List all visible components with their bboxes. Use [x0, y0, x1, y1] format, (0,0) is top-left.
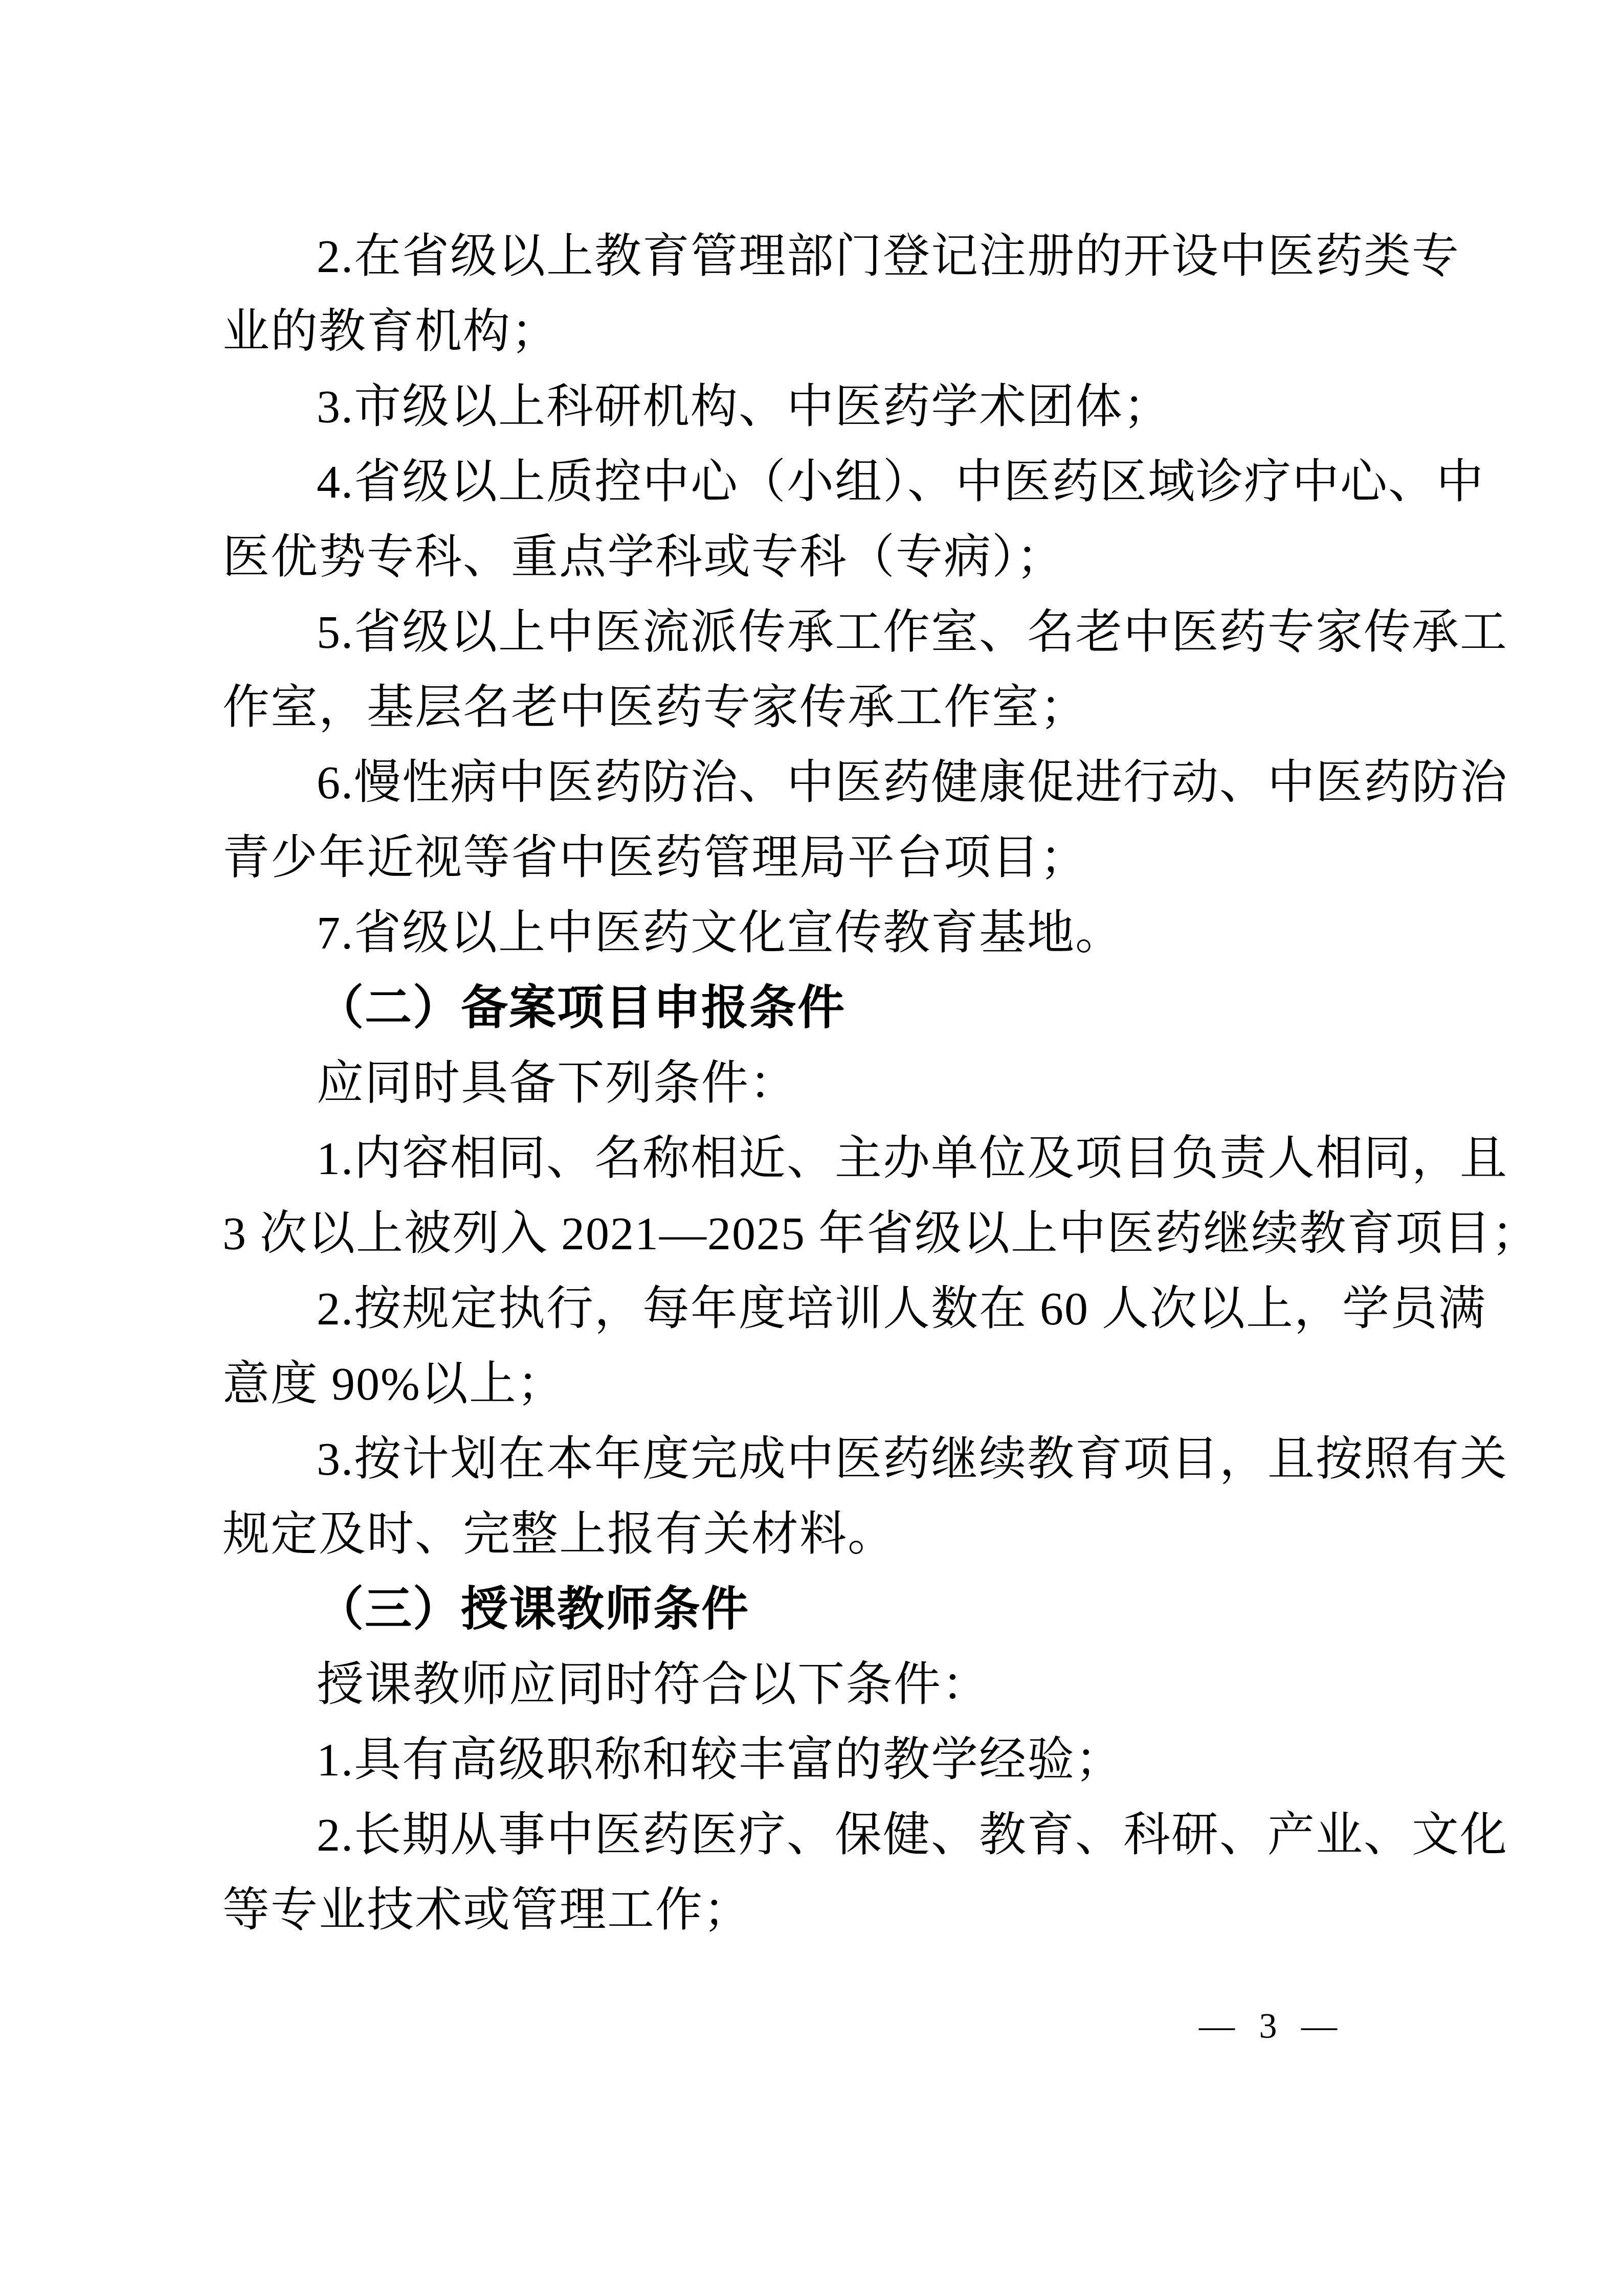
text-line: 7.省级以上中医药文化宣传教育基地。: [223, 895, 1427, 971]
text-line: 医优势专科、重点学科或专科（专病）；: [223, 520, 1427, 595]
text-line: 2.长期从事中医药医疗、保健、教育、科研、产业、文化: [223, 1797, 1427, 1873]
text-line: 作室，基层名老中医药专家传承工作室；: [223, 670, 1427, 745]
text-line: （三）授课教师条件: [223, 1572, 1427, 1647]
text-line: 授课教师应同时符合以下条件：: [223, 1647, 1427, 1722]
text-line: 1.具有高级职称和较丰富的教学经验；: [223, 1722, 1427, 1797]
text-line: 1.内容相同、名称相近、主办单位及项目负责人相同，且: [223, 1121, 1427, 1196]
text-line: 3 次以上被列入 2021—2025 年省级以上中医药继续教育项目；: [223, 1196, 1427, 1271]
text-line: 规定及时、完整上报有关材料。: [223, 1497, 1427, 1572]
text-line: 6.慢性病中医药防治、中医药健康促进行动、中医药防治: [223, 745, 1427, 820]
text-line: 2.在省级以上教育管理部门登记注册的开设中医药类专: [223, 219, 1427, 294]
document-page: 2.在省级以上教育管理部门登记注册的开设中医药类专业的教育机构；3.市级以上科研…: [0, 0, 1624, 2296]
text-line: （二）备案项目申报条件: [223, 971, 1427, 1046]
text-line: 3.按计划在本年度完成中医药继续教育项目，且按照有关: [223, 1422, 1427, 1497]
text-line: 青少年近视等省中医药管理局平台项目；: [223, 820, 1427, 895]
text-line: 5.省级以上中医流派传承工作室、名老中医药专家传承工: [223, 595, 1427, 670]
text-line: 2.按规定执行，每年度培训人数在 60 人次以上，学员满: [223, 1271, 1427, 1346]
document-body: 2.在省级以上教育管理部门登记注册的开设中医药类专业的教育机构；3.市级以上科研…: [223, 219, 1427, 1948]
page-number: — 3 —: [1199, 2007, 1340, 2046]
text-line: 意度 90%以上；: [223, 1346, 1427, 1422]
page-footer: — 3 —: [1199, 2004, 1340, 2050]
text-line: 3.市级以上科研机构、中医药学术团体；: [223, 369, 1427, 444]
text-line: 等专业技术或管理工作；: [223, 1873, 1427, 1948]
text-line: 应同时具备下列条件：: [223, 1046, 1427, 1121]
text-line: 4.省级以上质控中心（小组）、中医药区域诊疗中心、中: [223, 444, 1427, 520]
text-line: 业的教育机构；: [223, 294, 1427, 369]
